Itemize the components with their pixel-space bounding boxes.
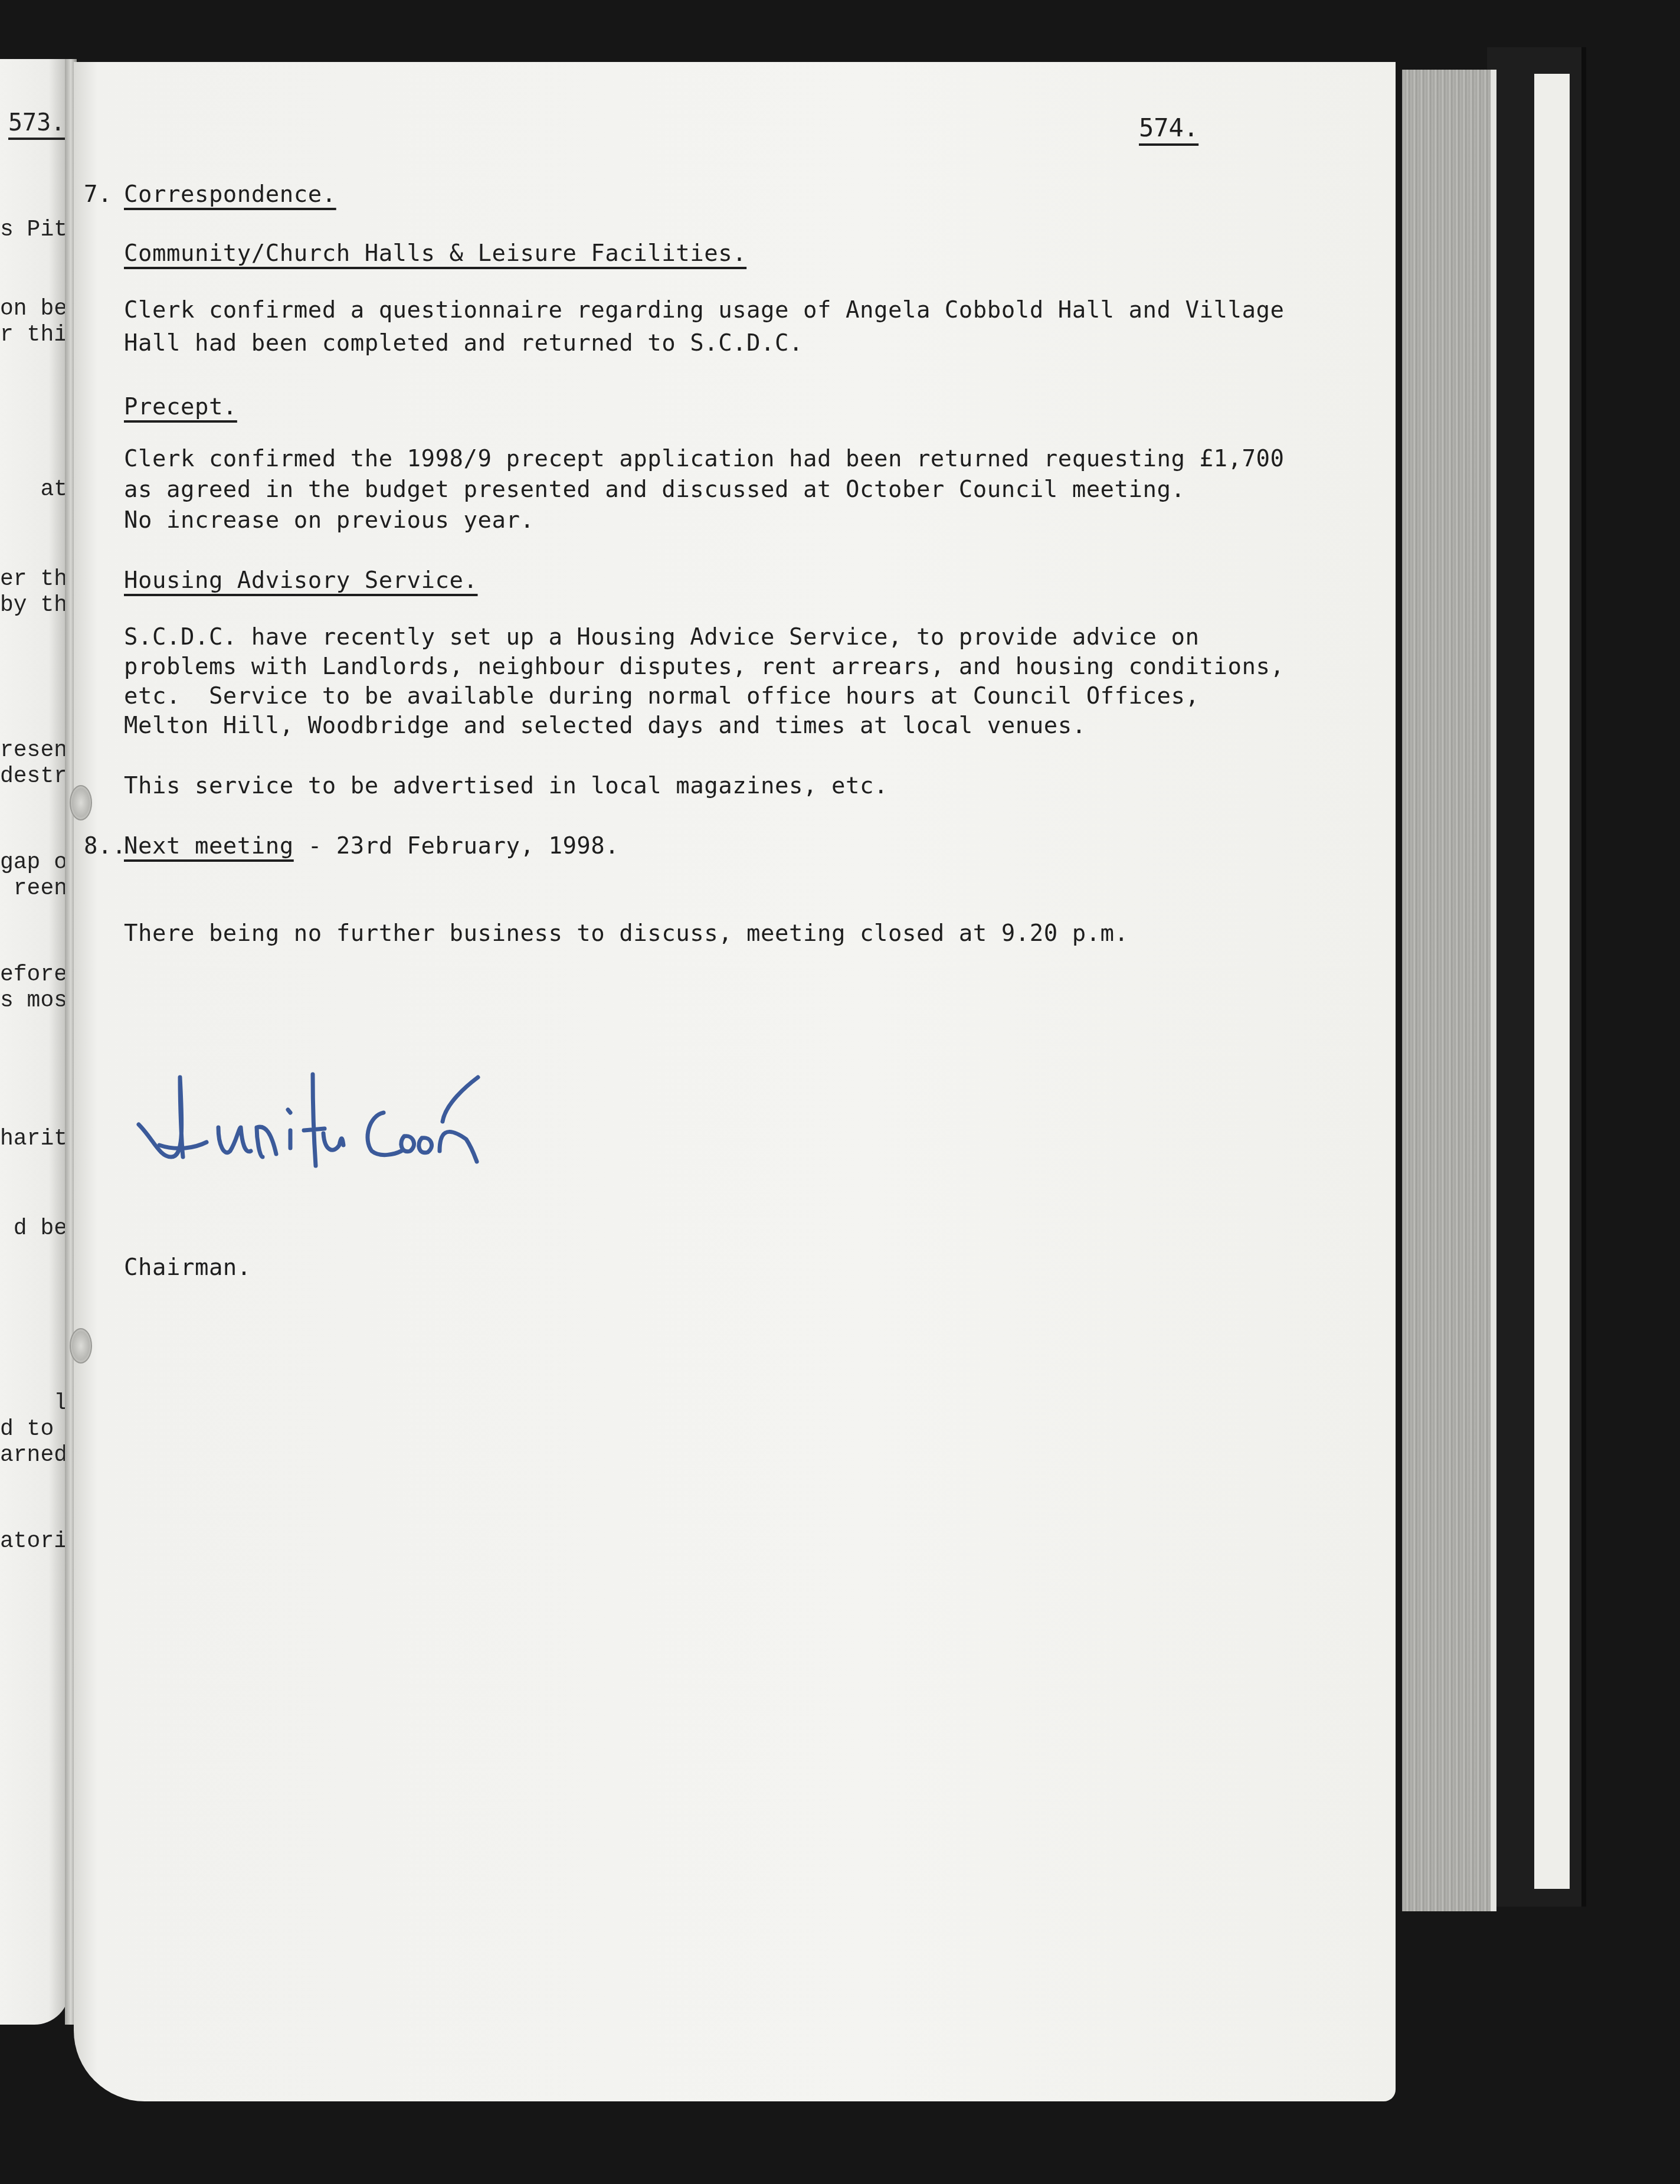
paragraph-line: as agreed in the budget presented and di… xyxy=(124,475,1186,505)
page-stack-edge xyxy=(1402,70,1496,1911)
section-heading-next-meeting: Next meeting xyxy=(124,833,294,859)
left-fragment: d to a xyxy=(0,1417,67,1442)
left-fragment: reen xyxy=(0,876,67,901)
signature-handwritten xyxy=(136,1068,608,1186)
left-page: 573. s Pit on being r this at er the by … xyxy=(0,59,70,2025)
paragraph-line: problems with Landlords, neighbour dispu… xyxy=(124,652,1284,682)
left-fragment: by this xyxy=(0,593,67,618)
binding-hole xyxy=(70,1328,92,1364)
left-fragment: l xyxy=(0,1391,67,1416)
closing-statement: There being no further business to discu… xyxy=(124,918,1129,949)
paragraph-line: Hall had been completed and returned to … xyxy=(124,328,803,359)
signatory-title: Chairman. xyxy=(124,1253,251,1283)
left-fragment: atories xyxy=(0,1529,67,1554)
subheading-housing-advisory: Housing Advisory Service. xyxy=(124,565,478,596)
left-page-number: 573. xyxy=(8,109,65,140)
paragraph-line: etc. Service to be available during norm… xyxy=(124,681,1199,712)
left-fragment: s Pit xyxy=(0,217,67,243)
left-fragment: harities xyxy=(0,1126,67,1152)
left-fragment: resentat xyxy=(0,738,67,763)
left-fragment: efore xyxy=(0,962,67,988)
left-fragment: s most xyxy=(0,988,67,1013)
page-stack-outer-leaf xyxy=(1534,74,1570,1889)
subheading-precept: Precept. xyxy=(124,392,237,423)
section-number: 8.. xyxy=(84,831,126,862)
left-fragment: gap of xyxy=(0,850,67,875)
left-fragment: on being xyxy=(0,296,67,322)
binding-hole xyxy=(70,785,92,820)
paragraph-line: No increase on previous year. xyxy=(124,505,534,536)
left-fragment: at xyxy=(0,477,67,502)
section-heading-correspondence: Correspondence. xyxy=(124,179,336,210)
next-meeting-date: - 23rd February, 1998. xyxy=(294,833,620,859)
section-number: 7. xyxy=(84,179,112,210)
next-meeting-line: Next meeting - 23rd February, 1998. xyxy=(124,831,619,862)
paragraph-line: Melton Hill, Woodbridge and selected day… xyxy=(124,711,1086,741)
left-fragment: d be xyxy=(0,1216,67,1241)
paragraph-line: Clerk confirmed the 1998/9 precept appli… xyxy=(124,444,1284,475)
paragraph-line: S.C.D.C. have recently set up a Housing … xyxy=(124,622,1199,653)
left-fragment: er the xyxy=(0,567,67,592)
paragraph-note: This service to be advertised in local m… xyxy=(124,771,888,802)
subheading-community-halls: Community/Church Halls & Leisure Facilit… xyxy=(124,238,746,269)
right-page-number: 574. xyxy=(1139,113,1198,142)
left-fragment: r this xyxy=(0,322,67,348)
left-fragment: destrian xyxy=(0,764,67,789)
left-fragment: arned xyxy=(0,1443,67,1468)
paragraph-line: Clerk confirmed a questionnaire regardin… xyxy=(124,295,1284,326)
